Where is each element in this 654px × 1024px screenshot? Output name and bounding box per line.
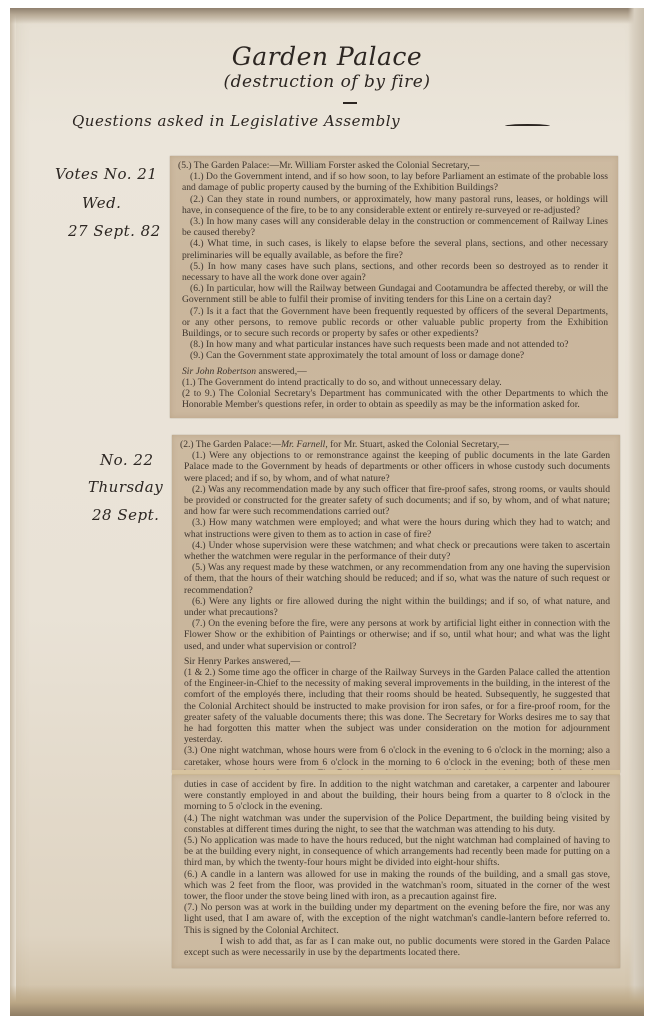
question-item: (8.) In how many and what particular ins… — [182, 339, 608, 350]
answer-item: (1 & 2.) Some time ago the officer in ch… — [184, 667, 610, 745]
newspaper-clipping-forster-questions: (5.) The Garden Palace:—Mr. William Fors… — [170, 156, 618, 418]
page-top-edge — [10, 8, 644, 24]
heading-flourish — [505, 124, 550, 128]
question-item: (1.) Were any objections to or remonstra… — [184, 450, 610, 484]
question-item: (5.) In how many cases have such plans, … — [182, 261, 608, 283]
clipping-heading-prefix: (5.) The Garden Palace:— — [178, 160, 279, 171]
continuation-item: (4.) The night watchman was under the su… — [184, 813, 610, 835]
question-item: (3.) In how many cases will any consider… — [182, 216, 608, 238]
question-item: (2.) Can they state in round numbers, or… — [182, 194, 608, 216]
margin-note-date: 28 Sept. — [92, 506, 159, 524]
question-item: (4.) What time, in such cases, is likely… — [182, 238, 608, 260]
clipping-heading-asker: Mr. Farnell — [281, 439, 325, 450]
question-item: (7.) Is it a fact that the Government ha… — [182, 306, 608, 340]
newspaper-clipping-farnell-questions: (2.) The Garden Palace:—Mr. Farnell, for… — [172, 435, 620, 773]
question-item: (2.) Was any recommendation made by any … — [184, 484, 610, 518]
question-item: (7.) On the evening before the fire, wer… — [184, 618, 610, 652]
clipping-heading: (2.) The Garden Palace:—Mr. Farnell, for… — [180, 439, 610, 450]
question-item: (9.) Can the Government state approximat… — [182, 350, 608, 361]
clipping-heading-prefix: (2.) The Garden Palace:— — [180, 439, 281, 450]
clipping-heading-asker-rest: , for Mr. Stuart, asked the Colonial Sec… — [325, 439, 508, 450]
title-divider — [343, 102, 357, 104]
continuation-item: duties in case of accident by fire. In a… — [184, 779, 610, 813]
question-item: (1.) Do the Government intend, and if so… — [182, 171, 608, 193]
continuation-item: (7.) No person was at work in the buildi… — [184, 902, 610, 936]
question-item: (4.) Under whose supervision were these … — [184, 540, 610, 562]
answer-item: (2 to 9.) The Colonial Secretary's Depar… — [182, 388, 608, 410]
handwritten-subtitle: (destruction of by fire) — [0, 72, 654, 92]
margin-note-date: 27 Sept. 82 — [68, 222, 161, 240]
continuation-item: (6.) A candle in a lantern was allowed f… — [184, 869, 610, 903]
handwritten-heading: Questions asked in Legislative Assembly — [72, 112, 400, 130]
clipping-heading: (5.) The Garden Palace:—Mr. William Fors… — [178, 160, 608, 171]
question-item: (5.) Was any request made by these watch… — [184, 562, 610, 596]
question-item: (6.) In particular, how will the Railway… — [182, 283, 608, 305]
answer-heading: Sir Henry Parkes answered,— — [184, 656, 610, 667]
page-right-edge — [628, 8, 644, 1016]
handwritten-title: Garden Palace — [0, 42, 654, 71]
closing-statement: I wish to add that, as far as I can make… — [184, 936, 610, 958]
margin-note-votes-number: No. 22 — [100, 451, 154, 469]
answer-heading: Sir John Robertson answered,— — [182, 366, 608, 377]
question-item: (3.) How many watchmen were employed; an… — [184, 517, 610, 539]
page-left-edge — [10, 8, 16, 1016]
margin-note-day: Wed. — [82, 194, 121, 212]
page-bottom-edge — [10, 985, 644, 1016]
margin-note-votes-number: Votes No. 21 — [55, 165, 157, 183]
answer-suffix: answered,— — [256, 366, 307, 377]
margin-note-day: Thursday — [88, 478, 163, 496]
continuation-item: (5.) No application was made to have the… — [184, 835, 610, 869]
clipping-heading-asker: Mr. William Forster asked the Colonial S… — [279, 160, 479, 171]
answer-item: (1.) The Government do intend practicall… — [182, 377, 608, 388]
question-item: (6.) Were any lights or fire allowed dur… — [184, 596, 610, 618]
answerer-name: Sir John Robertson — [182, 366, 256, 377]
newspaper-clipping-continuation: duties in case of accident by fire. In a… — [172, 775, 620, 968]
